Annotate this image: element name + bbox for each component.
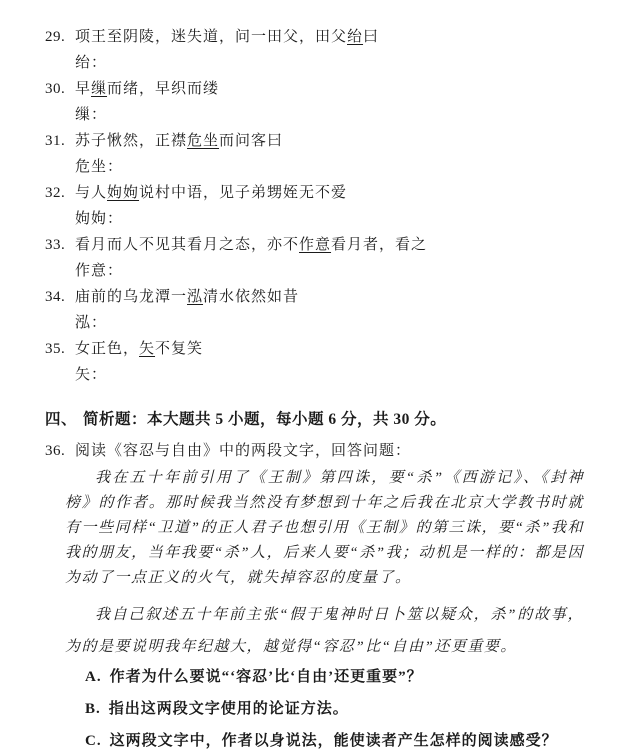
gloss-term: 矢：: [75, 362, 590, 388]
subquestion-label: B.: [85, 699, 101, 720]
sentence-after: 曰: [363, 29, 379, 45]
sentence-before: 女正色，: [75, 341, 139, 357]
underlined-term: 矢: [139, 341, 155, 357]
sentence-after: 而绪，早织而缕: [107, 81, 219, 97]
question-number: 29.: [45, 24, 75, 50]
question-number: 30.: [45, 76, 75, 102]
underlined-term: 泓: [187, 289, 203, 305]
section-number: 四、: [45, 411, 77, 428]
question-number: 31.: [45, 128, 75, 154]
question-item-33: 33. 看月而人不见其看月之态，亦不作意看月者，看之 作意：: [45, 232, 590, 284]
subquestion-text: 指出这两段文字使用的论证方法。: [109, 699, 349, 720]
question-sentence: 项王至阴陵，迷失道，问一田父，田父绐曰: [75, 24, 379, 50]
question-number: 32.: [45, 180, 75, 206]
sentence-before: 早: [75, 81, 91, 97]
question-item-31: 31. 苏子愀然，正襟危坐而问客曰 危坐：: [45, 128, 590, 180]
gloss-term: 泓：: [75, 310, 590, 336]
underlined-term: 缫: [91, 81, 107, 97]
gloss-term: 缫：: [75, 102, 590, 128]
reading-paragraph-2: 我自己叙述五十年前主张“假于鬼神时日卜筮以疑众，杀”的故事，为的是要说明我年纪越…: [65, 599, 584, 663]
gloss-term: 姁姁：: [75, 206, 590, 232]
gloss-term: 作意：: [75, 258, 590, 284]
question-sentence: 苏子愀然，正襟危坐而问客曰: [75, 128, 283, 154]
question-sentence: 女正色，矢不复笑: [75, 336, 203, 362]
question-item-29: 29. 项王至阴陵，迷失道，问一田父，田父绐曰 绐：: [45, 24, 590, 76]
sentence-after: 不复笑: [155, 341, 203, 357]
question-prompt: 阅读《容忍与自由》中的两段文字，回答问题：: [75, 438, 411, 464]
underlined-term: 姁姁: [107, 185, 139, 201]
subquestion-c: C. 这两段文字中，作者以身说法，能使读者产生怎样的阅读感受？: [85, 731, 590, 752]
underlined-term: 作意: [299, 237, 331, 253]
sentence-before: 与人: [75, 185, 107, 201]
question-sentence: 庙前的乌龙潭一泓清水依然如昔: [75, 284, 299, 310]
sentence-before: 庙前的乌龙潭一: [75, 289, 187, 305]
sentence-after: 清水依然如昔: [203, 289, 299, 305]
question-number: 35.: [45, 336, 75, 362]
section-heading: 四、简析题：本大题共 5 小题，每小题 6 分，共 30 分。: [45, 408, 590, 432]
sentence-after: 说村中语，见子弟甥姪无不爱: [139, 185, 347, 201]
subquestion-text: 作者为什么要说“‘容忍’比‘自由’还更重要”？: [110, 667, 423, 688]
subquestion-b: B. 指出这两段文字使用的论证方法。: [85, 699, 590, 720]
question-item-35: 35. 女正色，矢不复笑 矢：: [45, 336, 590, 388]
reading-paragraph-1: 我在五十年前引用了《王制》第四诛，要“杀”《西游记》、《封神榜》的作者。那时候我…: [65, 466, 584, 591]
subquestion-text: 这两段文字中，作者以身说法，能使读者产生怎样的阅读感受？: [110, 731, 558, 752]
sentence-before: 苏子愀然，正襟: [75, 133, 187, 149]
question-sentence: 与人姁姁说村中语，见子弟甥姪无不爱: [75, 180, 347, 206]
question-item-32: 32. 与人姁姁说村中语，见子弟甥姪无不爱 姁姁：: [45, 180, 590, 232]
question-item-34: 34. 庙前的乌龙潭一泓清水依然如昔 泓：: [45, 284, 590, 336]
question-number: 34.: [45, 284, 75, 310]
question-item-30: 30. 早缫而绪，早织而缕 缫：: [45, 76, 590, 128]
question-sentence: 早缫而绪，早织而缕: [75, 76, 219, 102]
subquestion-label: A.: [85, 667, 102, 688]
underlined-term: 绐: [347, 29, 363, 45]
question-36-prompt-line: 36. 阅读《容忍与自由》中的两段文字，回答问题：: [45, 438, 590, 464]
sentence-after: 看月者，看之: [331, 237, 427, 253]
gloss-term: 危坐：: [75, 154, 590, 180]
sentence-after: 而问客曰: [219, 133, 283, 149]
gloss-term: 绐：: [75, 50, 590, 76]
underlined-term: 危坐: [187, 133, 219, 149]
subquestion-list: A. 作者为什么要说“‘容忍’比‘自由’还更重要”？ B. 指出这两段文字使用的…: [85, 667, 590, 752]
exam-page: 29. 项王至阴陵，迷失道，问一田父，田父绐曰 绐： 30. 早缫而绪，早织而缕…: [0, 0, 630, 753]
sentence-before: 项王至阴陵，迷失道，问一田父，田父: [75, 29, 347, 45]
question-number: 33.: [45, 232, 75, 258]
question-sentence: 看月而人不见其看月之态，亦不作意看月者，看之: [75, 232, 427, 258]
subquestion-a: A. 作者为什么要说“‘容忍’比‘自由’还更重要”？: [85, 667, 590, 688]
question-number: 36.: [45, 438, 75, 464]
sentence-before: 看月而人不见其看月之态，亦不: [75, 237, 299, 253]
subquestion-label: C.: [85, 731, 102, 752]
section-title: 简析题：本大题共 5 小题，每小题 6 分，共 30 分。: [83, 411, 446, 428]
